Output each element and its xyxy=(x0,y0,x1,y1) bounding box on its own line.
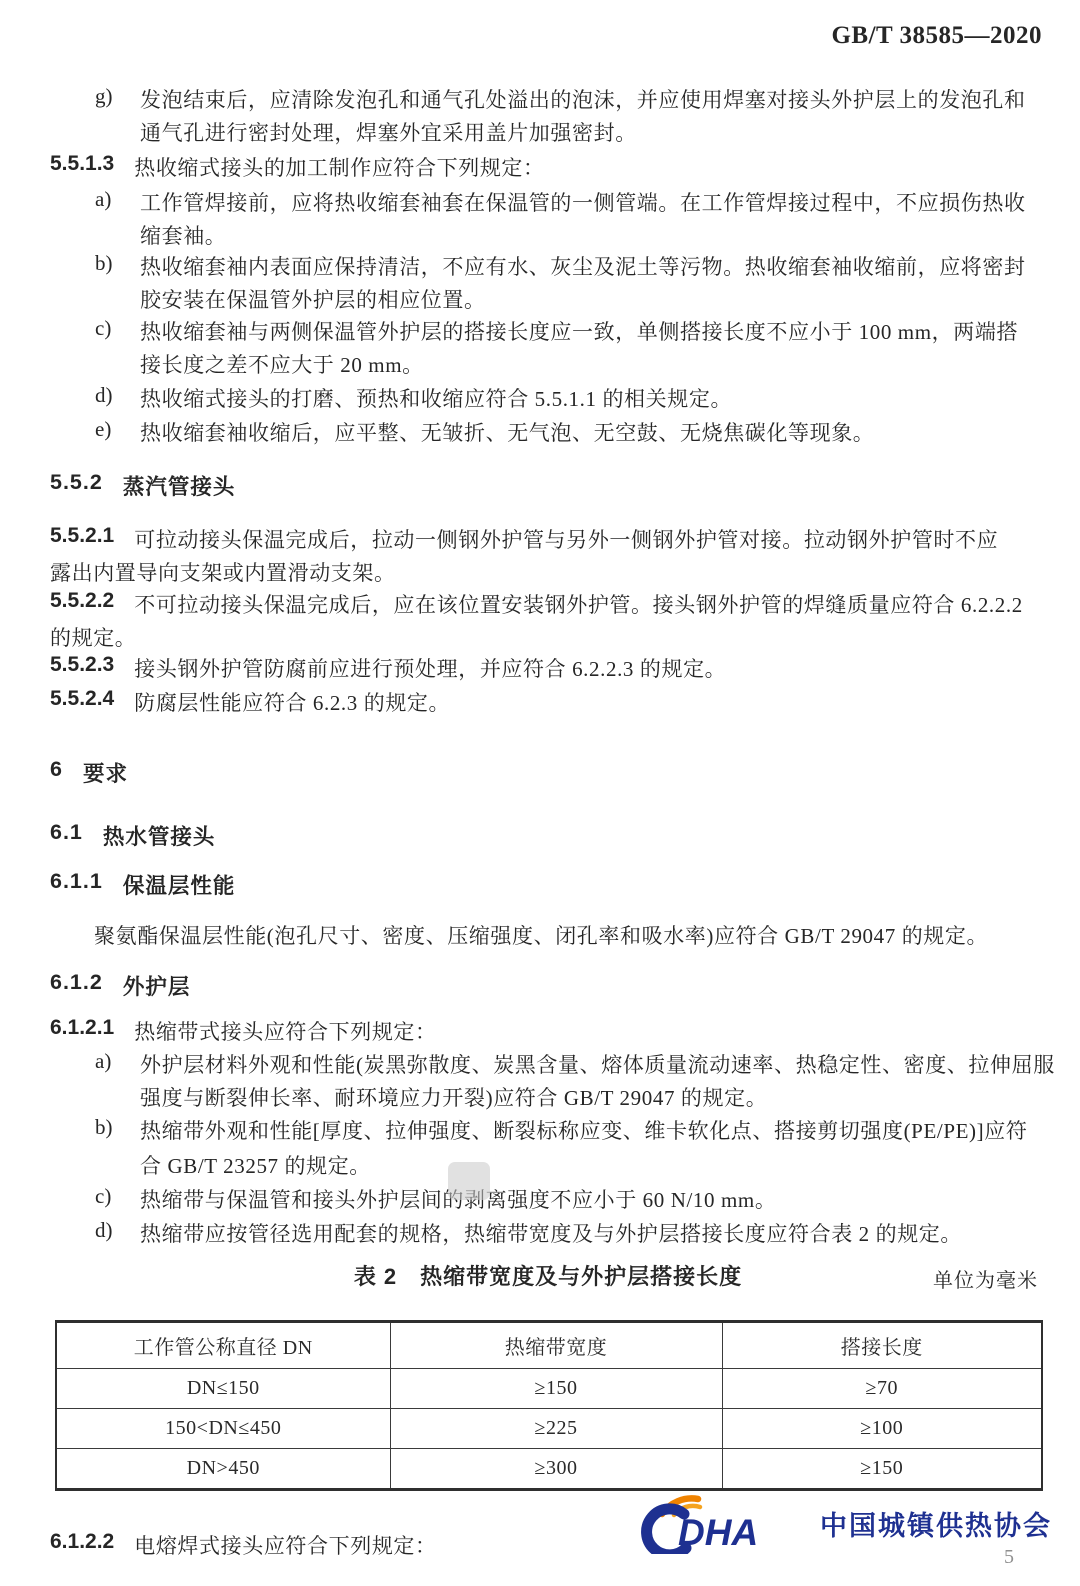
heading-number: 6 xyxy=(50,757,63,788)
list-item-text: 热收缩套袖收缩后，应平整、无皱折、无气泡、无空鼓、无烧焦碳化等现象。 xyxy=(140,417,874,447)
logo-acronym: DHA xyxy=(678,1512,758,1553)
list-item-text: 外护层材料外观和性能(炭黑弥散度、炭黑含量、熔体质量流动速率、热稳定性、密度、拉… xyxy=(140,1049,1055,1079)
table-cell: ≥300 xyxy=(390,1449,722,1490)
list-item-text: 热缩带应按管径选用配套的规格，热缩带宽度及与外护层搭接长度应符合表 2 的规定。 xyxy=(140,1218,962,1248)
table-row: DN≤150 ≥150 ≥70 xyxy=(56,1369,1042,1409)
heading-6.1.2: 6.1.2 外护层 xyxy=(50,970,190,1001)
clause-text: 电熔焊式接头应符合下列规定： xyxy=(134,1530,436,1560)
clause-6.1.2.1: 6.1.2.1 热缩带式接头应符合下列规定： xyxy=(50,1016,437,1046)
list-item-text: 热收缩套袖内表面应保持清洁，不应有水、灰尘及泥土等污物。热收缩套袖收缩前，应将密… xyxy=(140,251,1026,281)
table-cell: ≥150 xyxy=(722,1449,1042,1490)
clause-number: 6.1.2.2 xyxy=(50,1530,114,1560)
clause-5.5.1.3: 5.5.1.3 热收缩式接头的加工制作应符合下列规定： xyxy=(50,152,545,182)
list-item-label: c) xyxy=(95,316,111,341)
list-item-text: 工作管焊接前，应将热收缩套袖套在保温管的一侧管端。在工作管焊接过程中，不应损伤热… xyxy=(140,187,1026,217)
clause-number: 6.1.2.1 xyxy=(50,1016,114,1046)
clause-5.5.2.1: 5.5.2.1 可拉动接头保温完成后，拉动一侧钢外护管与另外一侧钢外护管对接。拉… xyxy=(50,524,998,554)
clause-text: 露出内置导向支架或内置滑动支架。 xyxy=(50,557,396,587)
table-header-cell: 搭接长度 xyxy=(722,1322,1042,1369)
cdha-logo-icon: DHA xyxy=(640,1492,810,1554)
clause-number: 5.5.2.4 xyxy=(50,687,114,717)
clause-number: 5.5.1.3 xyxy=(50,152,114,182)
heading-number: 6.1.2 xyxy=(50,970,103,1001)
heading-number: 6.1.1 xyxy=(50,869,103,900)
heading-text: 热水管接头 xyxy=(103,820,216,851)
list-item-text: 发泡结束后，应清除发泡孔和通气孔处溢出的泡沫，并应使用焊塞对接头外护层上的发泡孔… xyxy=(140,84,1026,114)
clause-text: 热收缩式接头的加工制作应符合下列规定： xyxy=(134,152,544,182)
heading-text: 外护层 xyxy=(123,970,191,1001)
heading-6.1.1: 6.1.1 保温层性能 xyxy=(50,869,235,900)
list-item-text: 缩套袖。 xyxy=(140,220,226,250)
table-caption: 表 2 热缩带宽度及与外护层搭接长度 xyxy=(354,1264,742,1289)
clause-text: 防腐层性能应符合 6.2.3 的规定。 xyxy=(134,687,450,717)
clause-5.5.2.2: 5.5.2.2 不可拉动接头保温完成后，应在该位置安装钢外护管。接头钢外护管的焊… xyxy=(50,589,1023,619)
clause-6.1.2.2: 6.1.2.2 电熔焊式接头应符合下列规定： xyxy=(50,1530,437,1560)
list-item-text: 热收缩套袖与两侧保温管外护层的搭接长度应一致，单侧搭接长度不应小于 100 mm… xyxy=(140,316,1018,346)
clause-5.5.2.3: 5.5.2.3 接头钢外护管防腐前应进行预处理，并应符合 6.2.2.3 的规定… xyxy=(50,653,726,683)
table-header-cell: 热缩带宽度 xyxy=(390,1322,722,1369)
table-cell: ≥70 xyxy=(722,1369,1042,1409)
heading-text: 保温层性能 xyxy=(123,869,236,900)
clause-5.5.2.4: 5.5.2.4 防腐层性能应符合 6.2.3 的规定。 xyxy=(50,687,450,717)
table-row: DN>450 ≥300 ≥150 xyxy=(56,1449,1042,1490)
list-item-text: 热缩带外观和性能[厚度、拉伸强度、断裂标称应变、维卡软化点、搭接剪切强度(PE/… xyxy=(140,1115,1027,1145)
list-item-label: d) xyxy=(95,1218,113,1243)
table-cell: ≥150 xyxy=(390,1369,722,1409)
heading-5.5.2: 5.5.2 蒸汽管接头 xyxy=(50,470,235,501)
association-name: 中国城镇供热协会 xyxy=(820,1504,1052,1543)
heading-number: 6.1 xyxy=(50,820,83,851)
heading-text: 蒸汽管接头 xyxy=(123,470,236,501)
list-item-label: b) xyxy=(95,1115,113,1140)
list-item-label: e) xyxy=(95,417,111,442)
page-number: 5 xyxy=(1004,1546,1014,1569)
standard-number: GB/T 38585—2020 xyxy=(831,22,1042,50)
document-page: GB/T 38585—2020 g) 发泡结束后，应清除发泡孔和通气孔处溢出的泡… xyxy=(0,0,1080,1586)
table-header-row: 工作管公称直径 DN 热缩带宽度 搭接长度 xyxy=(56,1322,1042,1369)
clause-text: 不可拉动接头保温完成后，应在该位置安装钢外护管。接头钢外护管的焊缝质量应符合 6… xyxy=(134,589,1023,619)
list-item-label: a) xyxy=(95,1049,111,1074)
table-cell: ≥225 xyxy=(390,1409,722,1449)
clause-text: 可拉动接头保温完成后，拉动一侧钢外护管与另外一侧钢外护管对接。拉动钢外护管时不应 xyxy=(134,524,998,554)
clause-number: 5.5.2.3 xyxy=(50,653,114,683)
paragraph: 聚氨酯保温层性能(泡孔尺寸、密度、压缩强度、闭孔率和吸水率)应符合 GB/T 2… xyxy=(94,920,988,950)
list-item-label: g) xyxy=(95,84,113,109)
clause-text: 热缩带式接头应符合下列规定： xyxy=(134,1016,436,1046)
clause-number: 5.5.2.2 xyxy=(50,589,114,619)
table-cell: ≥100 xyxy=(722,1409,1042,1449)
table-header-cell: 工作管公称直径 DN xyxy=(56,1322,390,1369)
clause-number: 5.5.2.1 xyxy=(50,524,114,554)
heading-6: 6 要求 xyxy=(50,757,128,788)
list-item-text: 热收缩式接头的打磨、预热和收缩应符合 5.5.1.1 的相关规定。 xyxy=(140,383,732,413)
list-item-label: b) xyxy=(95,251,113,276)
list-item-text: 通气孔进行密封处理，焊塞外宜采用盖片加强密封。 xyxy=(140,117,637,147)
table-cell: DN>450 xyxy=(56,1449,390,1490)
list-item-label: d) xyxy=(95,383,113,408)
heading-number: 5.5.2 xyxy=(50,470,103,501)
table-row: 150<DN≤450 ≥225 ≥100 xyxy=(56,1409,1042,1449)
list-item-text: 胶安装在保温管外护层的相应位置。 xyxy=(140,284,486,314)
list-item-text: 合 GB/T 23257 的规定。 xyxy=(140,1150,371,1180)
table-caption-row: 表 2 热缩带宽度及与外护层搭接长度 xyxy=(55,1260,1041,1291)
list-item-label: c) xyxy=(95,1184,111,1209)
table-cell: 150<DN≤450 xyxy=(56,1409,390,1449)
list-item-text: 强度与断裂伸长率、耐环境应力开裂)应符合 GB/T 29047 的规定。 xyxy=(140,1082,767,1112)
clause-text: 的规定。 xyxy=(50,622,136,652)
heading-6.1: 6.1 热水管接头 xyxy=(50,820,215,851)
scan-smudge-artifact xyxy=(448,1162,490,1200)
table-cell: DN≤150 xyxy=(56,1369,390,1409)
table-unit-note: 单位为毫米 xyxy=(933,1264,1038,1293)
clause-text: 接头钢外护管防腐前应进行预处理，并应符合 6.2.2.3 的规定。 xyxy=(134,653,726,683)
association-logo: DHA 中国城镇供热协会 xyxy=(640,1492,1052,1554)
list-item-label: a) xyxy=(95,187,111,212)
heading-text: 要求 xyxy=(83,757,128,788)
list-item-text: 接长度之差不应大于 20 mm。 xyxy=(140,349,424,379)
table-2: 工作管公称直径 DN 热缩带宽度 搭接长度 DN≤150 ≥150 ≥70 15… xyxy=(55,1320,1043,1491)
